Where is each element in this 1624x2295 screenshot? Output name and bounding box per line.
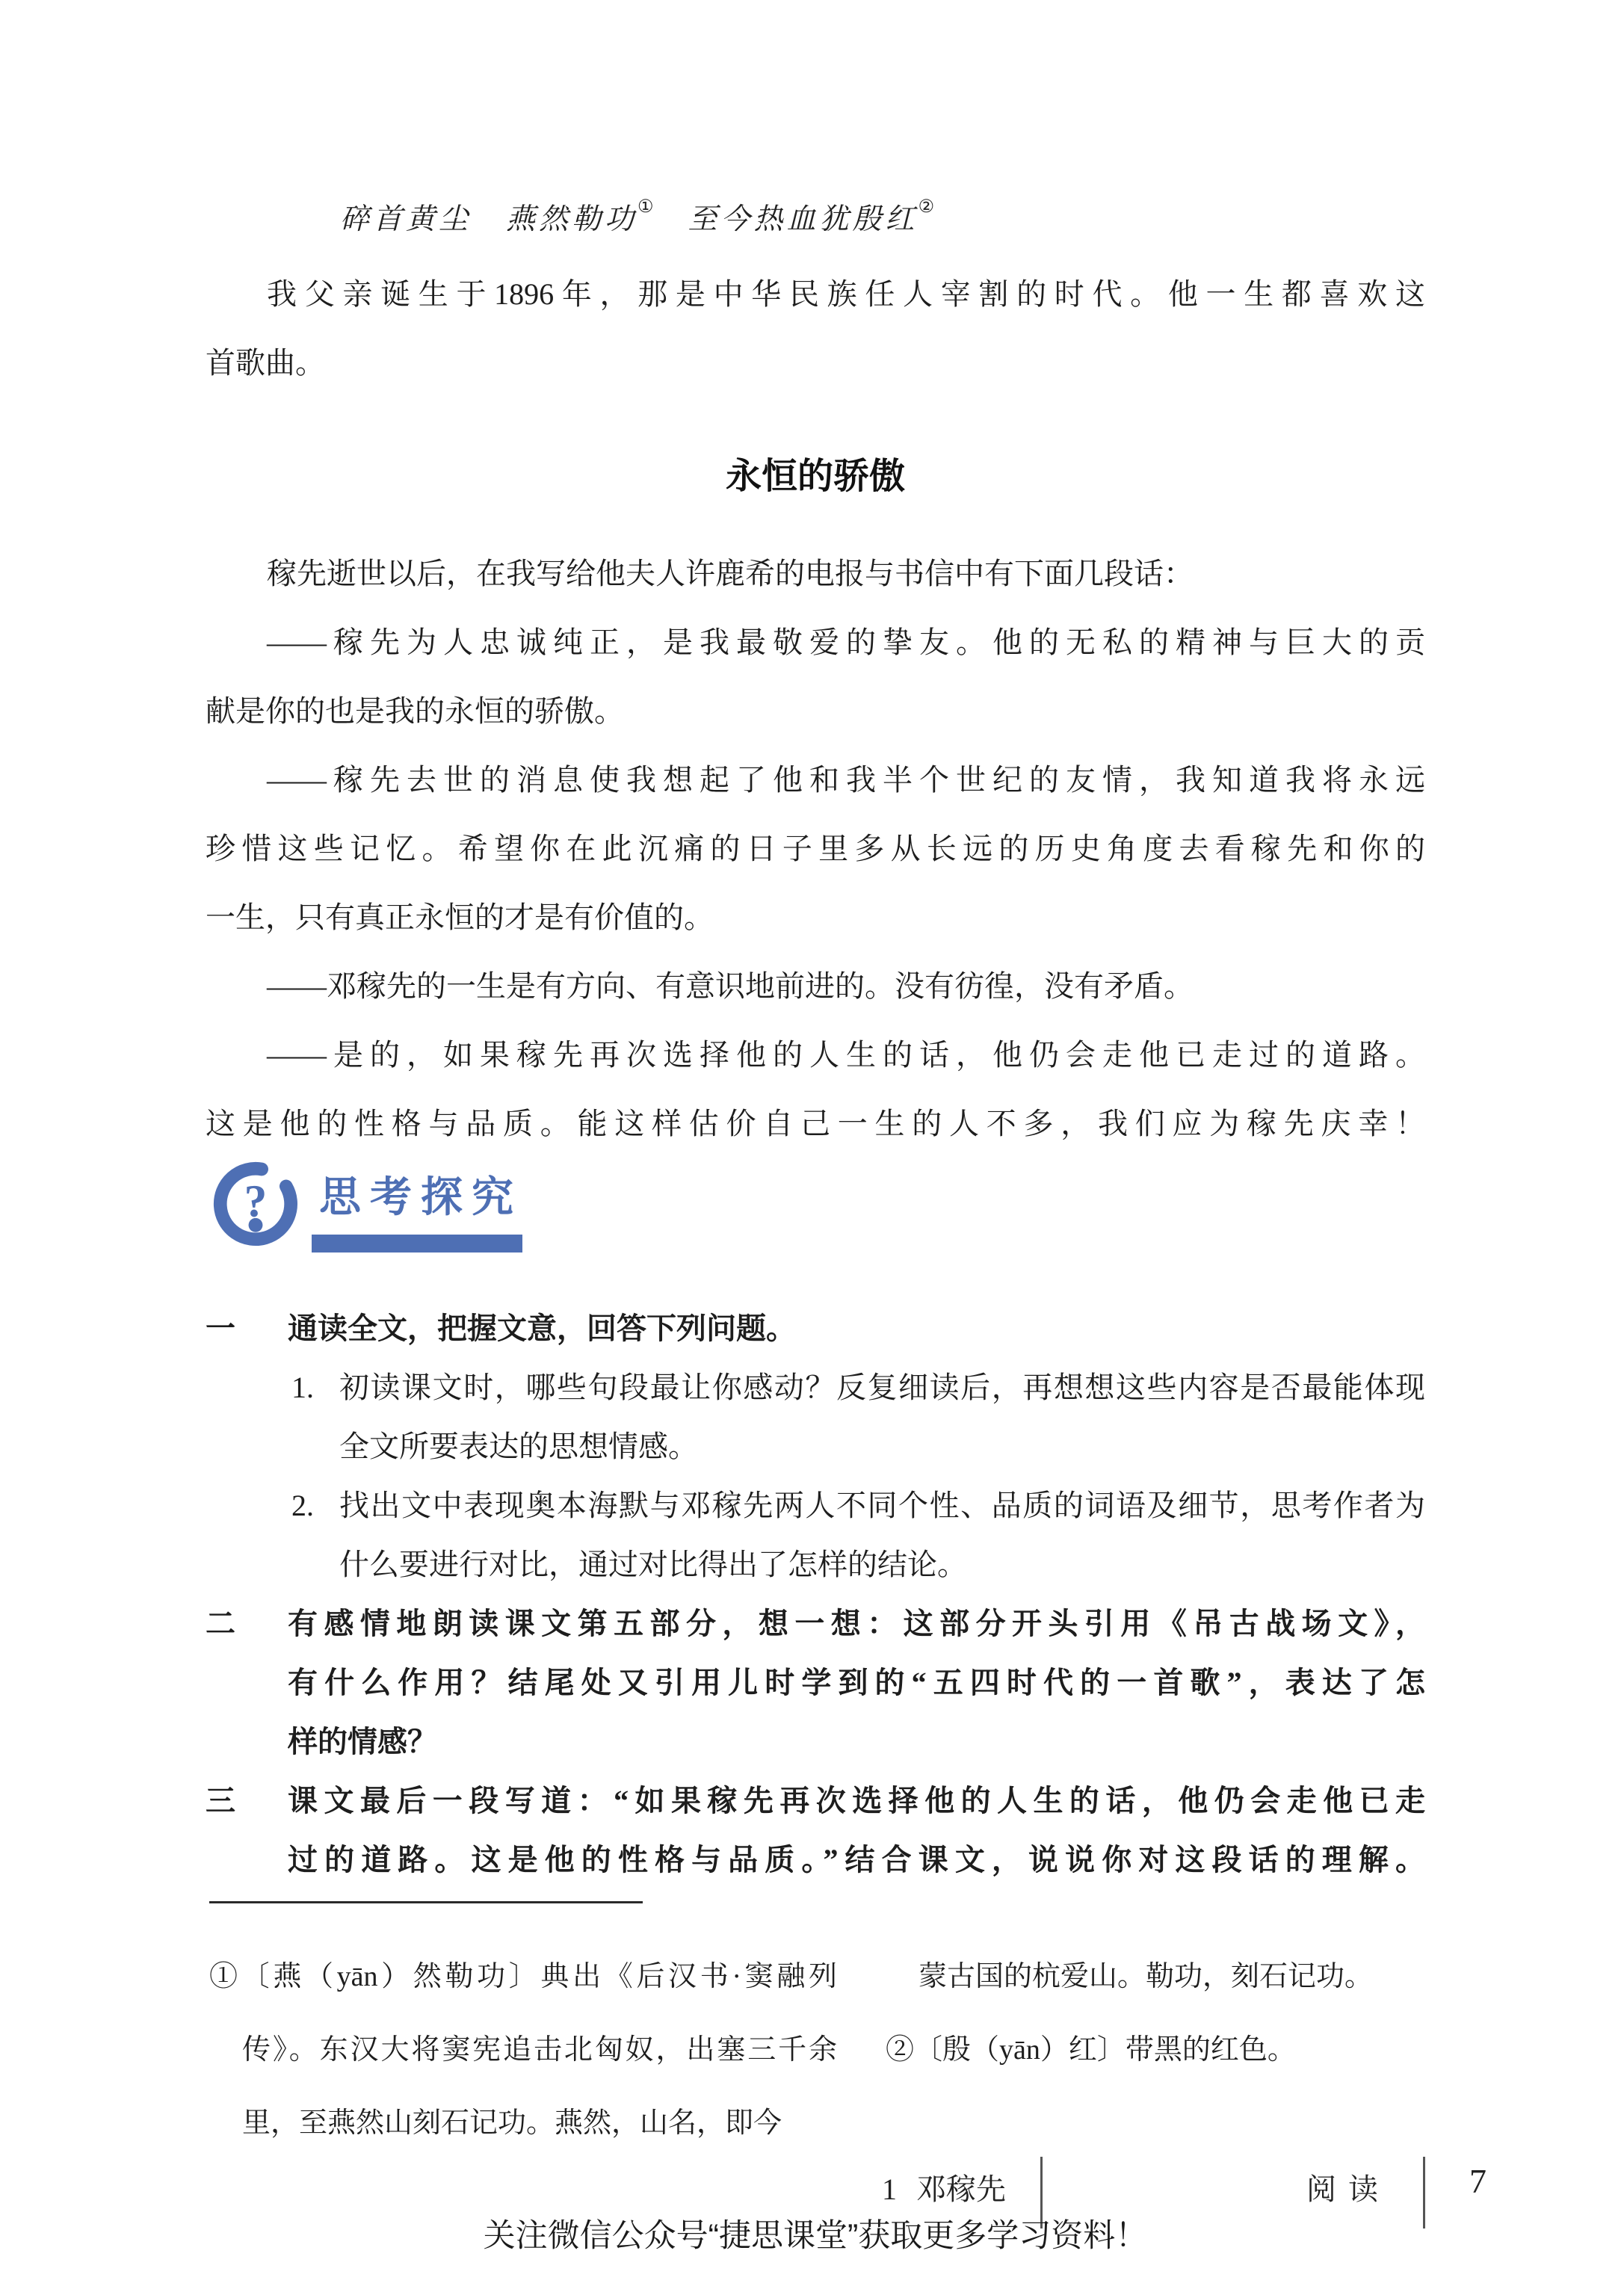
poem-segment: 燕然勒功 [506,203,637,235]
poem-segment: 碎首黄尘 [340,203,472,235]
footnote-line: 传》。东汉大将窦宪追击北匈奴，出塞三千余 [209,2013,837,2086]
paragraph-line: ——邓稼先的一生是有方向、有意识地前进的。没有彷徨，没有矛盾。 [206,952,1425,1021]
question-line: 课文最后一段写道：“如果稼先再次选择他的人生的话，他仍会走他已走 [288,1771,1425,1830]
lesson-number: 1 [882,2172,897,2206]
footnote-column-right: 蒙古国的杭爱山。勒功，刻石记功。 ②〔殷（yān）红〕带黑的红色。 [886,1940,1416,2086]
intro-paragraph: 我父亲诞生于1896年，那是中华民族任人宰割的时代。他一生都喜欢这 首歌曲。 [206,260,1425,398]
question-item-1: 一 通读全文，把握文意，回答下列问题。 [206,1299,1425,1358]
lesson-title: 邓稼先 [916,2172,1006,2206]
question-line: 通读全文，把握文意，回答下列问题。 [288,1299,1425,1358]
question-line: 找出文中表现奥本海默与邓稼先两人不同个性、品质的词语及细节，思考作者为 [339,1476,1425,1535]
question-subitem-1-1: 1. 初读课文时，哪些句段最让你感动？反复细读后，再想想这些内容是否最能体现 全… [291,1358,1425,1476]
subitem-text: 初读课文时，哪些句段最让你感动？反复细读后，再想想这些内容是否最能体现 全文所要… [339,1358,1425,1476]
footnote-line: ②〔殷（yān）红〕带黑的红色。 [886,2013,1416,2086]
footer-section-label: 阅读 [1306,2166,1390,2208]
paragraph-line: ——稼先为人忠诚纯正，是我最敬爱的挚友。他的无私的精神与巨大的贡 [206,608,1425,677]
question-line: 全文所要表达的思想情感。 [339,1417,1425,1476]
paragraph-line: 首歌曲。 [206,329,1425,398]
subitem-text: 找出文中表现奥本海默与邓稼先两人不同个性、品质的词语及细节，思考作者为 什么要进… [339,1476,1425,1594]
explore-underline-bar [312,1235,522,1252]
poem-line: 碎首黄尘燕然勒功①至今热血犹殷红② [340,196,934,238]
footer-page-number: 7 [1469,2161,1486,2201]
poem-segment: 至今热血犹殷红 [688,203,918,235]
question-item-3: 三 课文最后一段写道：“如果稼先再次选择他的人生的话，他仍会走他已走 过的道路。… [206,1771,1425,1889]
paragraph-line: ——稼先去世的消息使我想起了他和我半个世纪的友情，我知道我将永远 [206,746,1425,815]
paragraph-line: 一生，只有真正永恒的才是有价值的。 [206,883,1425,952]
question-line: 过的道路。这是他的性格与品质。”结合课文，说说你对这段话的理解。 [288,1830,1425,1889]
footnote-ref-2: ② [918,197,935,217]
question-line: 有感情地朗读课文第五部分，想一想：这部分开头引用《吊古战场文》， [288,1594,1425,1653]
wechat-promo-line: 关注微信公众号“捷思课堂”获取更多学习资料！ [206,2211,1425,2256]
footnote-line: ①〔燕（yān）然勒功〕典出《后汉书·窦融列 [209,1940,837,2013]
paragraph-line: 稼先逝世以后，在我写给他夫人许鹿希的电报与书信中有下面几段话： [206,540,1425,608]
question-line: 有什么作用？结尾处又引用儿时学到的“五四时代的一首歌”，表达了怎 [288,1653,1425,1712]
paragraph-line: 献是你的也是我的永恒的骄傲。 [206,677,1425,746]
question-marker: 二 [206,1594,288,1653]
explore-section-title: 思考探究 [319,1164,522,1224]
explore-title-wrap: 思考探究 [319,1160,522,1252]
letters-paragraphs: 稼先逝世以后，在我写给他夫人许鹿希的电报与书信中有下面几段话： ——稼先为人忠诚… [206,540,1425,1158]
paragraph-line: 我父亲诞生于1896年，那是中华民族任人宰割的时代。他一生都喜欢这 [206,260,1425,329]
question-item-2: 二 有感情地朗读课文第五部分，想一想：这部分开头引用《吊古战场文》， 有什么作用… [206,1594,1425,1771]
question-mark-ring-icon: ? [212,1160,300,1248]
question-line: 样的情感？ [288,1712,1425,1771]
footnote-line: 蒙古国的杭爱山。勒功，刻石记功。 [886,1940,1416,2013]
footnote-separator [209,1901,643,1903]
subitem-marker: 2. [291,1476,339,1535]
textbook-page: 碎首黄尘燕然勒功①至今热血犹殷红② 我父亲诞生于1896年，那是中华民族任人宰割… [0,0,1624,2295]
question-marker: 一 [206,1299,288,1358]
question-marker: 三 [206,1771,288,1830]
subitem-marker: 1. [291,1358,339,1417]
paragraph-line: 珍惜这些记忆。希望你在此沉痛的日子里多从长远的历史角度去看稼先和你的 [206,815,1425,883]
footnote-ref-1: ① [637,197,654,217]
question-line: 什么要进行对比，通过对比得出了怎样的结论。 [339,1535,1425,1594]
section-heading: 永恒的骄傲 [206,447,1425,498]
paragraph-line: ——是的，如果稼先再次选择他的人生的话，他仍会走他已走过的道路。 [206,1021,1425,1090]
explore-section-header: ? 思考探究 [212,1160,522,1252]
questions-list: 一 通读全文，把握文意，回答下列问题。 1. 初读课文时，哪些句段最让你感动？反… [206,1299,1425,1889]
question-line: 初读课文时，哪些句段最让你感动？反复细读后，再想想这些内容是否最能体现 [339,1358,1425,1417]
footer-lesson-label: 1邓稼先 [882,2166,1006,2208]
question-text: 有感情地朗读课文第五部分，想一想：这部分开头引用《吊古战场文》， 有什么作用？结… [288,1594,1425,1771]
paragraph-line: 这是他的性格与品质。能这样估价自己一生的人不多，我们应为稼先庆幸！ [206,1090,1425,1158]
question-subitem-1-2: 2. 找出文中表现奥本海默与邓稼先两人不同个性、品质的词语及细节，思考作者为 什… [291,1476,1425,1594]
footnote-column-left: ①〔燕（yān）然勒功〕典出《后汉书·窦融列 传》。东汉大将窦宪追击北匈奴，出塞… [209,1940,837,2160]
question-text: 课文最后一段写道：“如果稼先再次选择他的人生的话，他仍会走他已走 过的道路。这是… [288,1771,1425,1889]
footnote-line: 里，至燕然山刻石记功。燕然，山名，即今 [209,2086,837,2160]
question-text: 通读全文，把握文意，回答下列问题。 [288,1299,1425,1358]
